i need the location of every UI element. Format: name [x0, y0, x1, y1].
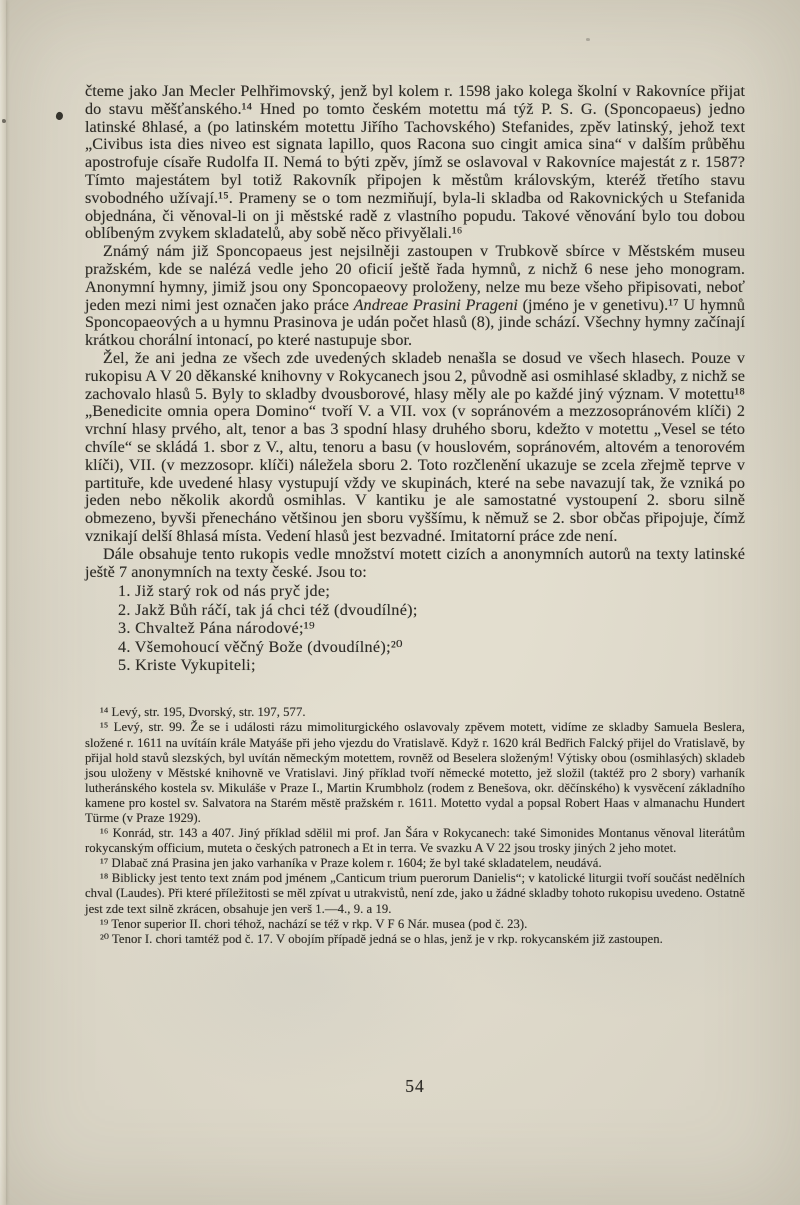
scan-edge [0, 0, 6, 1205]
song-list: 1. Již starý rok od nás pryč jde; 2. Jak… [85, 582, 745, 674]
footnote-16: ¹⁶ Konrád, str. 143 a 407. Jiný příklad … [85, 826, 745, 856]
page-number: 54 [85, 1076, 745, 1097]
footnote-14: ¹⁴ Levý, str. 195, Dvorský, str. 197, 57… [85, 705, 745, 720]
footnote-19: ¹⁹ Tenor superior II. chori téhož, nachá… [85, 917, 745, 932]
list-item-4: 4. Všemohoucí věčný Bože (dvoudílné);²⁰ [118, 638, 745, 656]
footnotes-block: ¹⁴ Levý, str. 195, Dvorský, str. 197, 57… [85, 705, 745, 947]
footnote-15: ¹⁵ Levý, str. 99. Že se i události rázu … [85, 720, 745, 826]
italic-author-name: Andreae Prasini Prageni [354, 296, 518, 314]
paragraph-3: Žel, že ani jedna ze všech zde uvedených… [85, 350, 745, 546]
ink-speck [2, 119, 6, 123]
paragraph-4: Dále obsahuje tento rukopis vedle množst… [85, 546, 745, 582]
ink-speck [55, 111, 64, 121]
list-item-2: 2. Jakž Bůh ráčí, tak já chci též (dvoud… [118, 601, 745, 619]
scanned-book-page: čteme jako Jan Mecler Pelhřimovský, jenž… [0, 0, 800, 1205]
text-block: čteme jako Jan Mecler Pelhřimovský, jenž… [85, 83, 745, 947]
paragraph-1: čteme jako Jan Mecler Pelhřimovský, jenž… [85, 83, 745, 243]
paragraph-2: Známý nám již Sponcopaeus jest nejsilněj… [85, 243, 745, 350]
footnote-18: ¹⁸ Biblicky jest tento text znám pod jmé… [85, 871, 745, 916]
list-item-1: 1. Již starý rok od nás pryč jde; [118, 582, 745, 600]
footnote-20: ²⁰ Tenor I. chori tamtéž pod č. 17. V ob… [85, 932, 745, 947]
list-item-3: 3. Chvaltež Pána národové;¹⁹ [118, 619, 745, 637]
list-item-5: 5. Kriste Vykupiteli; [118, 656, 745, 674]
ink-speck [586, 38, 590, 41]
footnote-17: ¹⁷ Dlabač zná Prasina jen jako varhaníka… [85, 856, 745, 871]
